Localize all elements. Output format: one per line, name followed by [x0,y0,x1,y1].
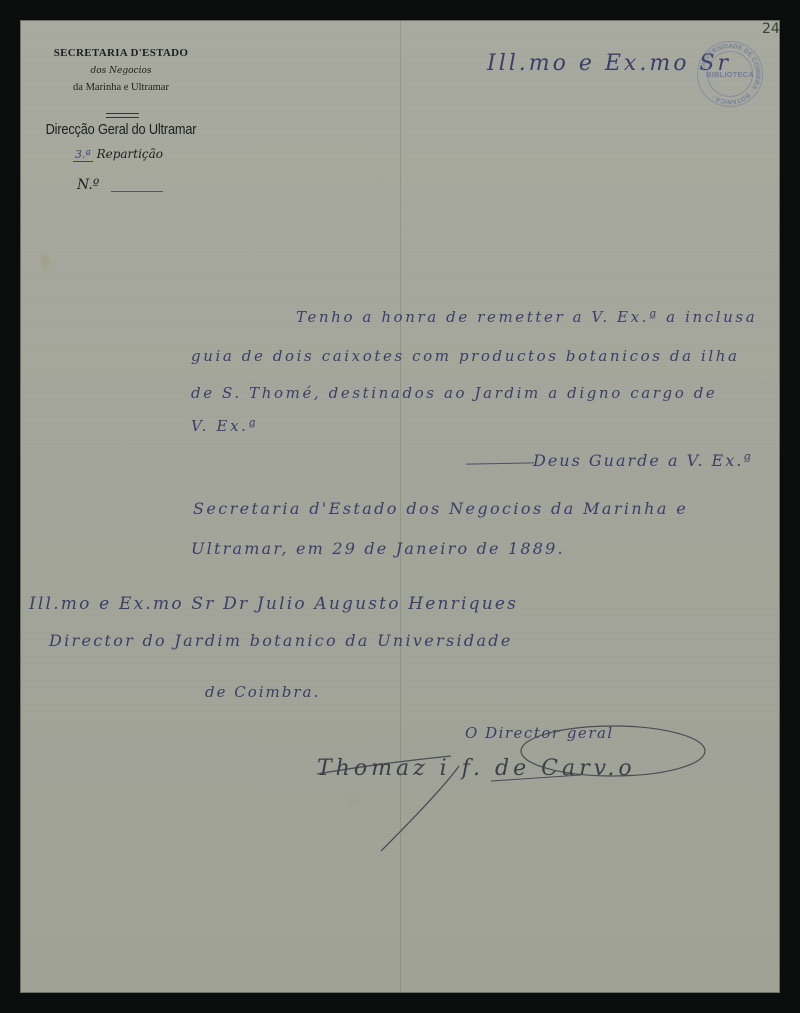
letter-page: 24 SECRETARIA D'ESTADO dos Negocios da M… [21,21,779,992]
signature-flourish-icon [21,21,779,992]
signature: Thomaz i f. de Carv.o [317,756,636,781]
